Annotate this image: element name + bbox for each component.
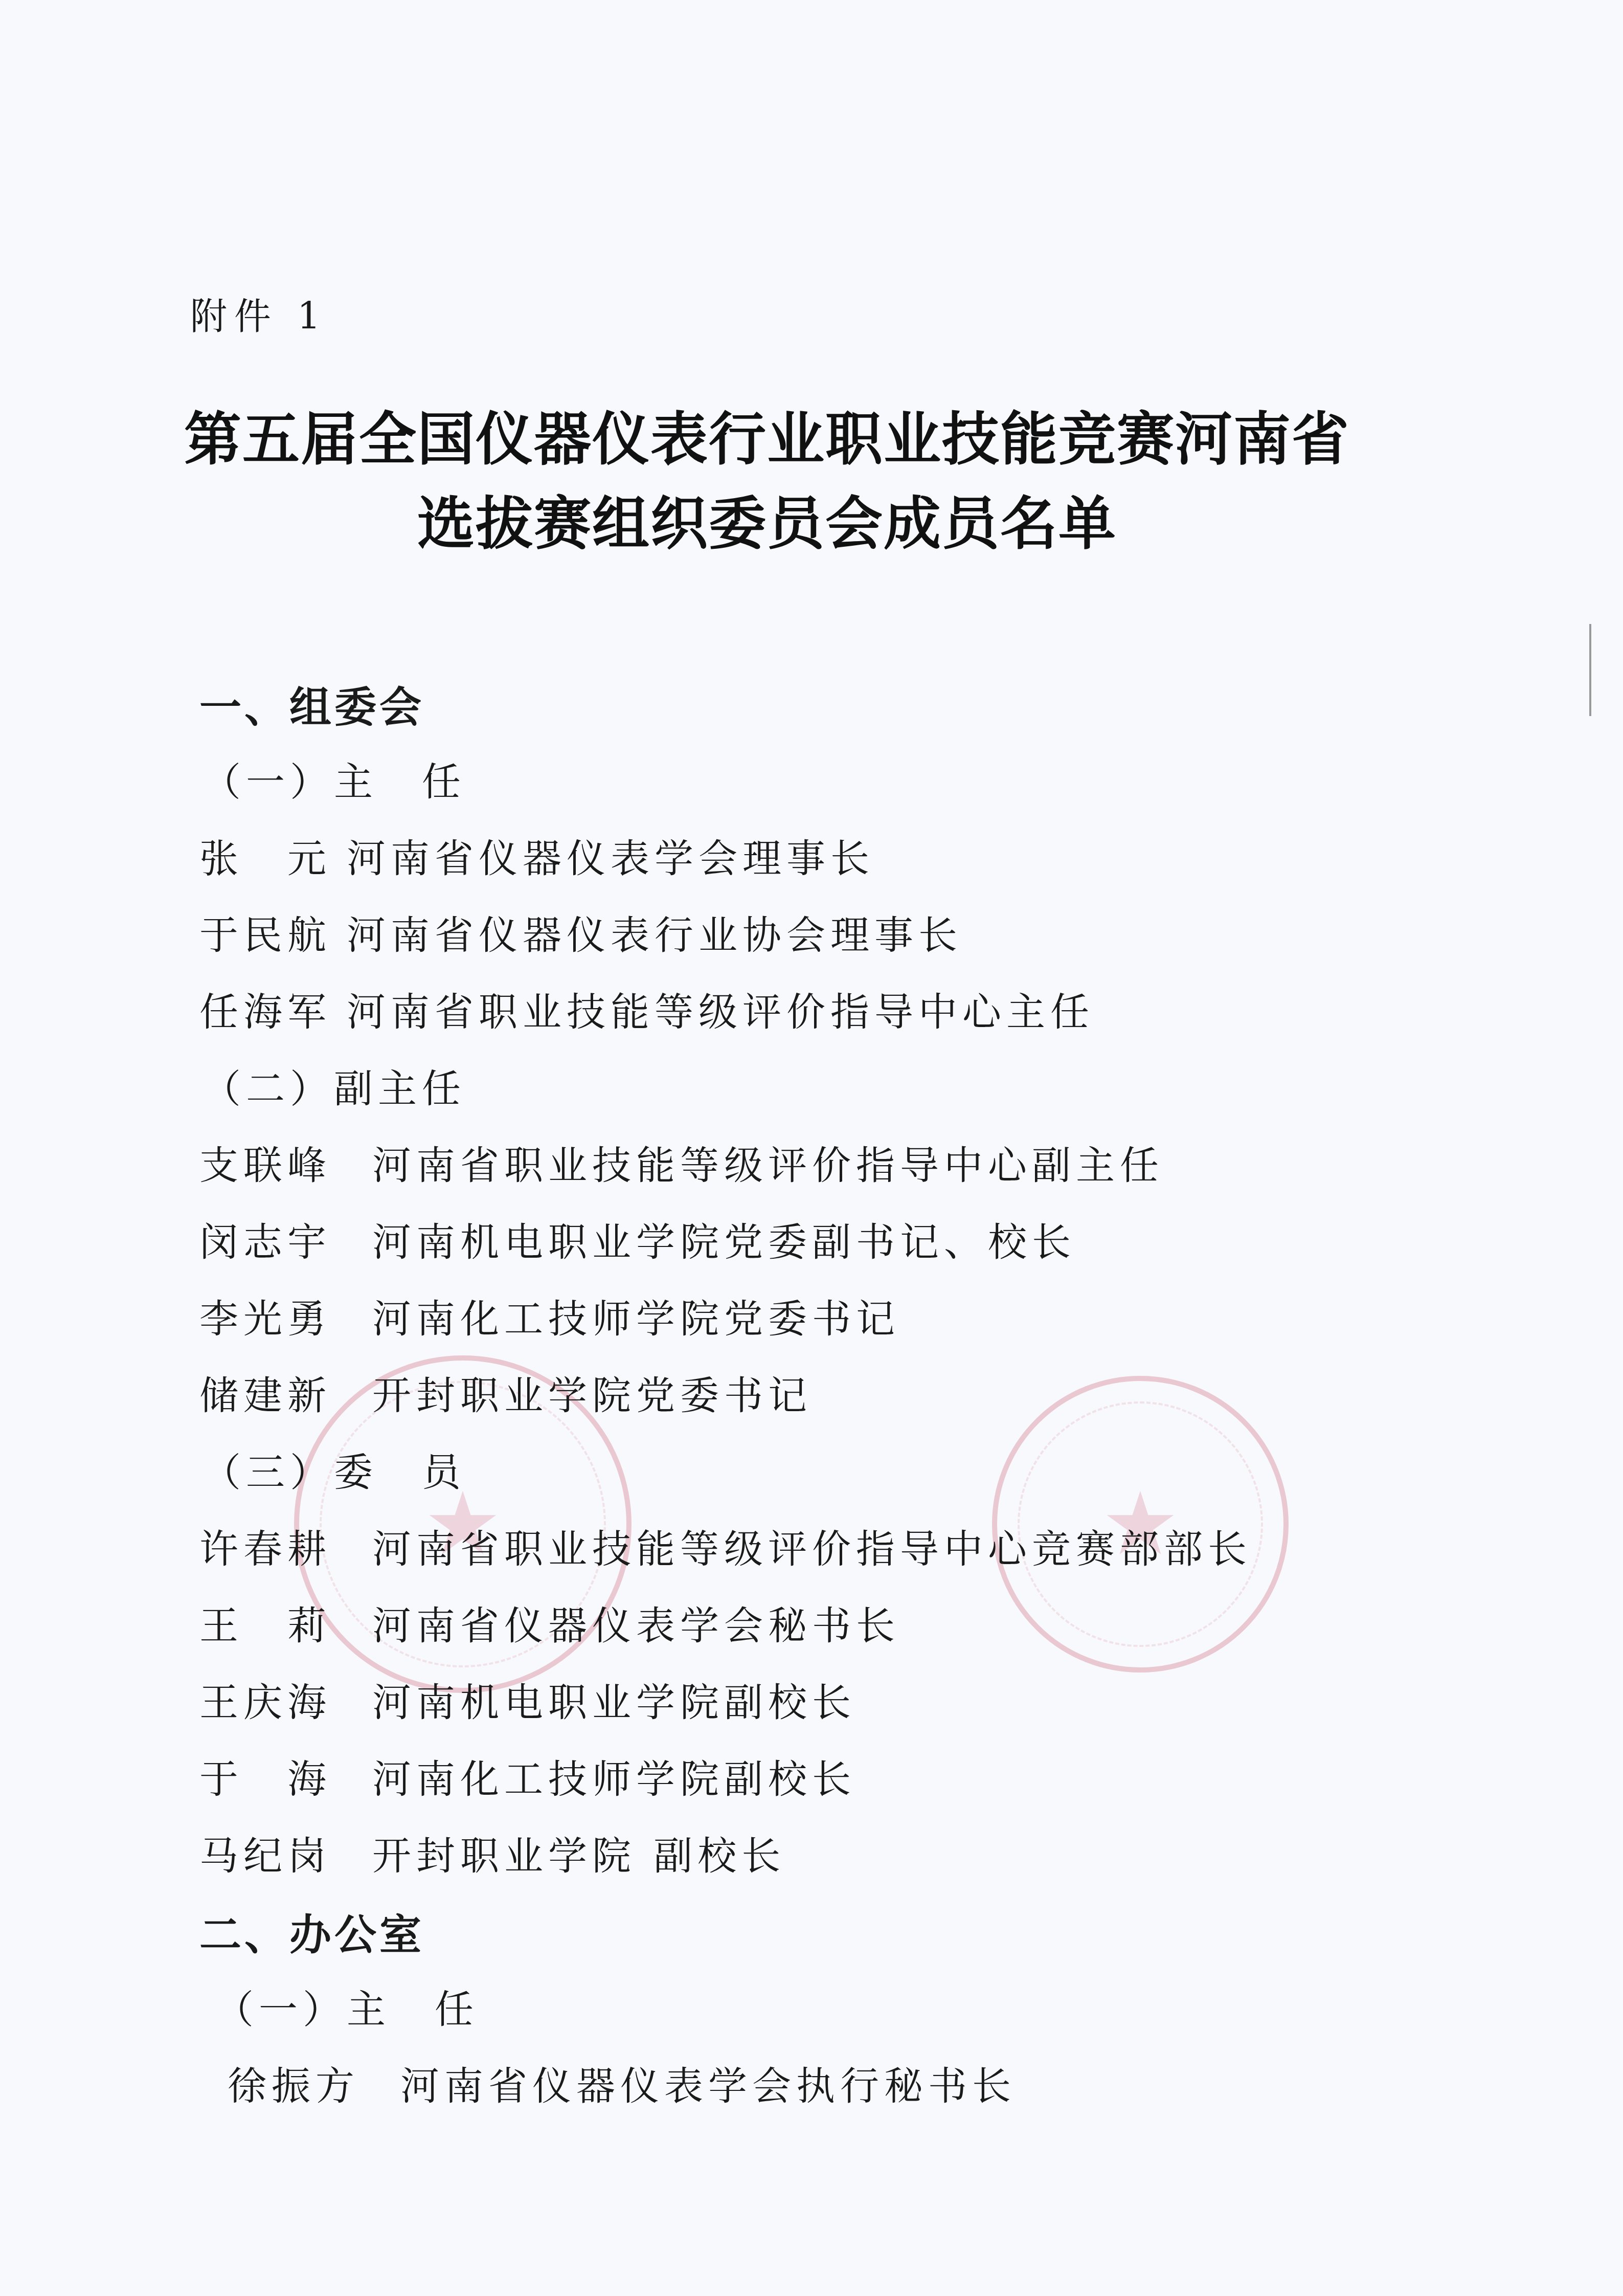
attachment-label: 附件 1 (190, 286, 328, 340)
member-name: 支联峰 (199, 1134, 331, 1190)
document-title-line2: 选拔赛组织委员会成员名单 (77, 478, 1457, 561)
member-role: 河南化工技师学院党委书记 (372, 1288, 900, 1344)
member-row: 徐振方 河南省仪器仪表学会执行秘书长 (228, 2055, 1016, 2111)
member-name: 任海军 (199, 981, 331, 1037)
member-name: 张 元 (199, 828, 331, 883)
member-role: 河南省仪器仪表学会执行秘书长 (400, 2055, 1016, 2111)
member-name: 储建新 (199, 1365, 331, 1420)
binding-mark (1589, 624, 1591, 716)
member-row: 马纪岗 开封职业学院 副校长 (199, 1825, 785, 1881)
member-row: 闵志宇 河南机电职业学院党委副书记、校长 (199, 1211, 1076, 1267)
member-row: 李光勇 河南化工技师学院党委书记 (199, 1288, 900, 1344)
member-role: 开封职业学院 副校长 (372, 1825, 785, 1881)
member-role: 河南省职业技能等级评价指导中心主任 (347, 981, 1094, 1037)
member-name: 李光勇 (199, 1288, 331, 1344)
section-heading-committee: 一、组委会 (199, 674, 424, 734)
group-label-office-director: （一）主 任 (215, 1978, 479, 2034)
member-name: 徐振方 (228, 2055, 359, 2111)
member-name: 于 海 (199, 1748, 331, 1804)
member-row: 许春耕 河南省职业技能等级评价指导中心竞赛部部长 (199, 1518, 1252, 1574)
member-role: 河南省仪器仪表学会秘书长 (372, 1595, 900, 1651)
member-row: 王 莉 河南省仪器仪表学会秘书长 (199, 1595, 900, 1651)
member-role: 开封职业学院党委书记 (372, 1365, 812, 1420)
member-name: 王庆海 (199, 1671, 331, 1727)
member-name: 许春耕 (199, 1518, 331, 1574)
document-page: ★ ★ 附件 1 第五届全国仪器仪表行业职业技能竞赛河南省 选拔赛组织委员会成员… (0, 0, 1623, 2296)
member-row: 于民航 河南省仪器仪表行业协会理事长 (199, 904, 962, 960)
member-row: 王庆海 河南机电职业学院副校长 (199, 1671, 856, 1727)
member-name: 闵志宇 (199, 1211, 331, 1267)
member-role: 河南省仪器仪表行业协会理事长 (347, 904, 962, 960)
member-role: 河南机电职业学院党委副书记、校长 (372, 1211, 1076, 1267)
member-name: 于民航 (199, 904, 331, 960)
member-role: 河南化工技师学院副校长 (372, 1748, 856, 1804)
group-label-deputy-director: （二）副主任 (202, 1058, 466, 1113)
member-role: 河南省仪器仪表学会理事长 (347, 828, 874, 883)
member-name: 马纪岗 (199, 1825, 331, 1881)
member-role: 河南机电职业学院副校长 (372, 1671, 856, 1727)
member-role: 河南省职业技能等级评价指导中心副主任 (372, 1134, 1164, 1190)
member-row: 支联峰 河南省职业技能等级评价指导中心副主任 (199, 1134, 1164, 1190)
member-row: 储建新 开封职业学院党委书记 (199, 1365, 812, 1420)
group-label-director: （一）主 任 (202, 751, 466, 807)
member-row: 于 海 河南化工技师学院副校长 (199, 1748, 856, 1804)
section-heading-office: 二、办公室 (199, 1902, 424, 1961)
member-role: 河南省职业技能等级评价指导中心竞赛部部长 (372, 1518, 1252, 1574)
member-row: 张 元 河南省仪器仪表学会理事长 (199, 828, 874, 883)
member-row: 任海军 河南省职业技能等级评价指导中心主任 (199, 981, 1094, 1037)
group-label-members: （三）委 员 (202, 1441, 466, 1497)
member-name: 王 莉 (199, 1595, 331, 1651)
document-title-line1: 第五届全国仪器仪表行业职业技能竞赛河南省 (77, 394, 1457, 476)
